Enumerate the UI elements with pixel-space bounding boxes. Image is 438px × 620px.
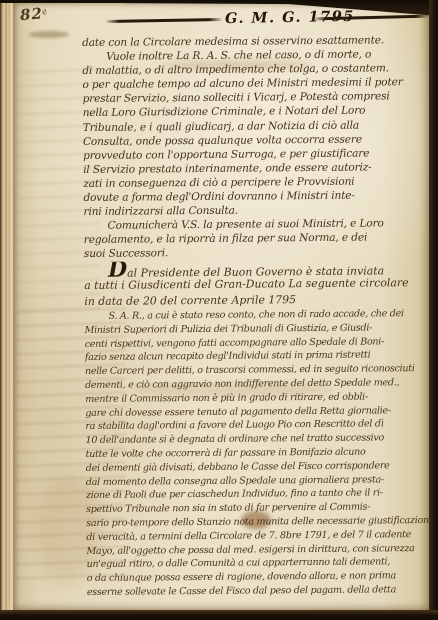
page-heading: G. M. G. 1795 <box>13 9 430 31</box>
section-announcement: Dal Presidente del Buon Governo è stata … <box>84 258 429 310</box>
manuscript-line: esserne sollevate le Casse del Fisco dal… <box>87 583 432 600</box>
handwritten-text-block: date con la Circolare medesima si osserv… <box>82 33 432 600</box>
photo-border-right <box>429 0 438 620</box>
section-royal-circular: S. A. R., a cui è stato reso conto, che … <box>84 307 432 600</box>
manuscript-photo: 82 G. M. G. 1795 date con la Circolare m… <box>0 0 438 620</box>
ink-smudge <box>29 31 69 38</box>
book-page-stack-edge <box>0 0 14 620</box>
section-closing-instruction: Comunicherà V.S. la presente ai suoi Min… <box>84 216 429 261</box>
manuscript-line: a tutti i Giusdicenti del Gran-Ducato La… <box>84 275 429 294</box>
photo-border-bottom <box>0 610 438 620</box>
section-circular-continuation: date con la Circolare medesima si osserv… <box>82 33 429 219</box>
manuscript-page: 82 G. M. G. 1795 date con la Circolare m… <box>13 3 430 611</box>
heading-rule-left <box>105 18 223 23</box>
